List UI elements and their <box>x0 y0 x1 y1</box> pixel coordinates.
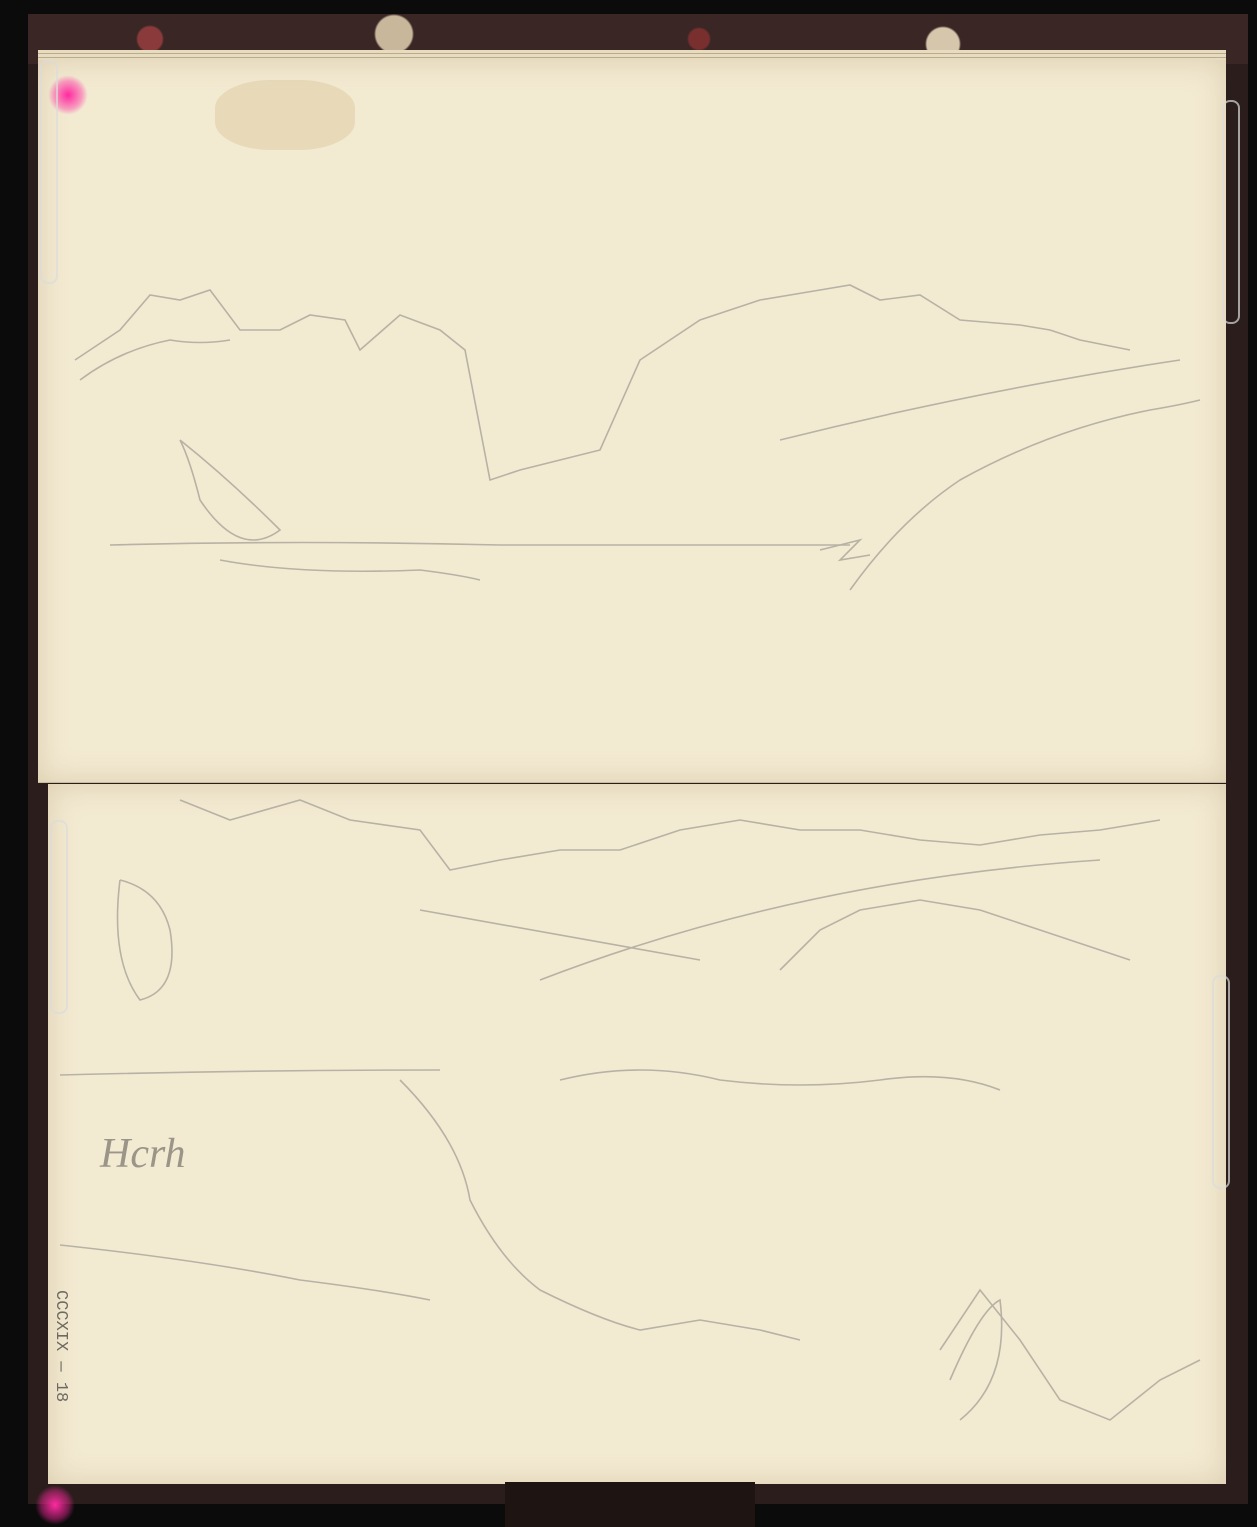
pencil-sketch <box>0 0 1257 1527</box>
handwritten-inscription: Hcrh <box>100 1130 186 1178</box>
spine-tab <box>505 1482 755 1527</box>
catalogue-stamp: CCCXIX — 18 <box>51 1290 70 1402</box>
